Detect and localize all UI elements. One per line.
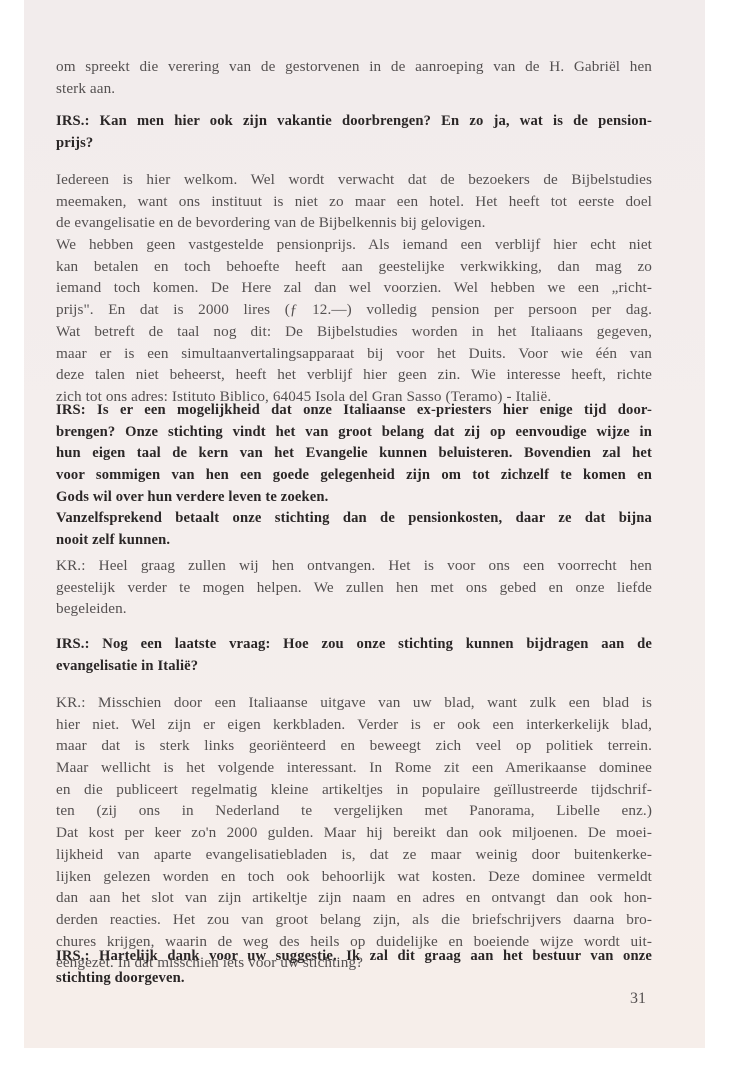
text-line: IRS: Is er een mogelijkheid dat onze Ita… <box>56 400 652 422</box>
text-line: dan aan het slot van zijn artikeltje zij… <box>56 887 652 909</box>
text-line: prijs? <box>56 133 652 155</box>
page-number: 31 <box>606 990 646 1008</box>
text-line: IRS.: Kan men hier ook zijn vakantie doo… <box>56 111 652 133</box>
text-line: de evangelisatie en de bevordering van d… <box>56 212 652 234</box>
text-line: We hebben geen vastgestelde pensionprijs… <box>56 234 652 256</box>
text-line: nooit zelf kunnen. <box>56 530 652 552</box>
interview-answer: Iedereen is hier welkom. Wel wordt verwa… <box>56 169 652 408</box>
book-page: om spreekt die verering van de gestorven… <box>24 0 705 1048</box>
text-line: Maar wellicht is het volgende interessan… <box>56 757 652 779</box>
text-line: prijs". En dat is 2000 lires (ƒ 12.—) vo… <box>56 299 652 321</box>
text-line: en die publiceert regelmatig kleine arti… <box>56 779 652 801</box>
interviewer-question: IRS.: Hartelijk dank voor uw suggestie. … <box>56 946 652 989</box>
text-line: deze talen niet beheerst, heeft het verb… <box>56 364 652 386</box>
text-line: lijkheid van aparte evangelisatiebladen … <box>56 844 652 866</box>
text-line: IRS.: Hartelijk dank voor uw suggestie. … <box>56 946 652 968</box>
text-line: brengen? Onze stichting vindt het van gr… <box>56 422 652 444</box>
text-line: sterk aan. <box>56 78 652 100</box>
text-line: kan betalen en toch behoefte heeft aan g… <box>56 256 652 278</box>
text-line: begeleiden. <box>56 598 652 620</box>
text-line: om spreekt die verering van de gestorven… <box>56 56 652 78</box>
text-line: KR.: Heel graag zullen wij hen ontvangen… <box>56 555 652 577</box>
text-line: hier niet. Wel zijn er eigen kerkbladen.… <box>56 714 652 736</box>
interviewer-question: IRS.: Kan men hier ook zijn vakantie doo… <box>56 111 652 154</box>
text-line: Wat betreft de taal nog dit: De Bijbelst… <box>56 321 652 343</box>
text-line: Gods wil over hun verdere leven te zoeke… <box>56 487 652 509</box>
interview-answer: om spreekt die verering van de gestorven… <box>56 56 652 99</box>
text-line: maar er is een simultaanvertalingsappara… <box>56 343 652 365</box>
text-line: Vanzelfsprekend betaalt onze stichting d… <box>56 508 652 530</box>
text-line: stichting doorgeven. <box>56 968 652 990</box>
text-line: evangelisatie in Italië? <box>56 656 652 678</box>
text-line: lijken gelezen worden en toch ook behoor… <box>56 866 652 888</box>
text-line: maar dat is sterk links georiënteerd en … <box>56 735 652 757</box>
interviewer-question: IRS: Is er een mogelijkheid dat onze Ita… <box>56 400 652 552</box>
text-line: meemaken, want ons instituut is niet zo … <box>56 191 652 213</box>
text-line: IRS.: Nog een laatste vraag: Hoe zou onz… <box>56 634 652 656</box>
text-line: geestelijk verder te mogen helpen. We zu… <box>56 577 652 599</box>
text-line: Dat kost per keer zo'n 2000 gulden. Maar… <box>56 822 652 844</box>
text-line: hun eigen taal de kern van het Evangelie… <box>56 443 652 465</box>
text-line: voor sommigen van hen een goede gelegenh… <box>56 465 652 487</box>
text-line: ten (zij ons in Nederland te vergelijken… <box>56 800 652 822</box>
text-line: Iedereen is hier welkom. Wel wordt verwa… <box>56 169 652 191</box>
interview-answer: KR.: Heel graag zullen wij hen ontvangen… <box>56 555 652 620</box>
text-line: KR.: Misschien door een Italiaanse uitga… <box>56 692 652 714</box>
interview-answer: KR.: Misschien door een Italiaanse uitga… <box>56 692 652 974</box>
text-line: derden reacties. Het zou van groot belan… <box>56 909 652 931</box>
interviewer-question: IRS.: Nog een laatste vraag: Hoe zou onz… <box>56 634 652 677</box>
text-line: iemand toch komen. De Here zal dan wel v… <box>56 277 652 299</box>
